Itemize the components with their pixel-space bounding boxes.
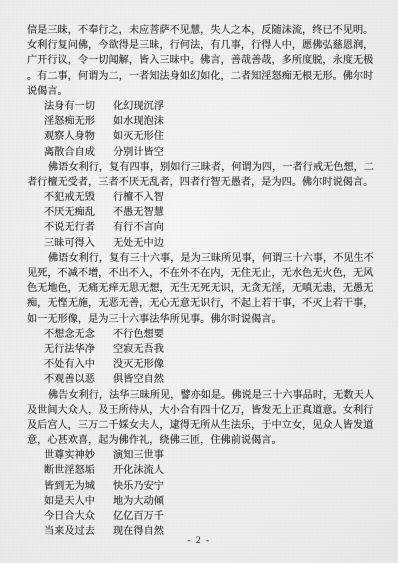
verse-line: 不想念无念不行色想要 bbox=[27, 327, 377, 342]
prose-line: 广开行议，令一切闻解，皆入三昧中。佛言，善哉善哉，多所度脱，永度无极 bbox=[27, 53, 377, 68]
prose-line: 女利行复问佛，今欲得是三昧，行何法，有几事，行得人中，愿佛弘慈恩润， bbox=[27, 38, 377, 53]
verse-hemistich-left: 不观善以恶 bbox=[44, 372, 113, 387]
verse-line: 世尊实神妙演知三世事 bbox=[27, 448, 377, 463]
verse-hemistich-right: 如灭无形住 bbox=[113, 129, 164, 144]
verse-hemistich-right: 不行色想要 bbox=[113, 327, 164, 342]
verse-hemistich-left: 不处有入中 bbox=[44, 357, 113, 372]
verse-hemistich-left: 不想念无念 bbox=[44, 327, 113, 342]
verse-line: 三昧可得入无处无中边 bbox=[27, 236, 377, 251]
prose-line: 如一无形像，是为三十六事法华所见事。佛尔时说偈言。 bbox=[27, 312, 377, 327]
verse-hemistich-right: 分别计皆空 bbox=[113, 145, 164, 160]
prose-line: 见死，不减不增，不出不入，不在外不在内，无住无止，无水色无火色，无风 bbox=[27, 266, 377, 281]
verse-line: 淫怒痴无形如水现泡沫 bbox=[27, 114, 377, 129]
verse-line: 不说无行者有行不言向 bbox=[27, 220, 377, 235]
verse-hemistich-right: 如水现泡沫 bbox=[113, 114, 164, 129]
verse-line: 如是天人中地为大动倾 bbox=[27, 494, 377, 509]
verse-hemistich-right: 亿亿百万千 bbox=[113, 509, 164, 524]
verse-line: 观察人身物如灭无形住 bbox=[27, 129, 377, 144]
verse-hemistich-left: 断世淫怒垢 bbox=[44, 463, 113, 478]
verse-hemistich-right: 无处无中边 bbox=[113, 236, 164, 251]
prose-line: 信是三昧，不奉行之，未应菩萨不见慧，失人之本，反随沫流，终已不见明。 bbox=[27, 23, 377, 38]
verse-line: 不犯戒无毁行檀不入智 bbox=[27, 190, 377, 205]
verse-hemistich-left: 法身有一切 bbox=[44, 99, 113, 114]
prose-line: 及世间大众人，及王所侍从，大小合有四十亿万，皆发无上正真道意。女利行 bbox=[27, 403, 377, 418]
verse-line: 不厌无痴乱不愚无智慧 bbox=[27, 205, 377, 220]
verse-hemistich-left: 观察人身物 bbox=[44, 129, 113, 144]
page-number: - 2 - bbox=[0, 536, 398, 546]
page-text: 信是三昧，不奉行之，未应菩萨不见慧，失人之本，反随沫流，终已不见明。女利行复问佛… bbox=[27, 23, 377, 539]
verse-hemistich-left: 离散合自成 bbox=[44, 145, 113, 160]
prose-line: 佛语女利行，复有三十六事，是为三昧所见事，何谓三十六事，不见生不 bbox=[27, 251, 377, 266]
prose-line: 色无地色，无痛无痒无思无想，无生无死无识，无贪无淫，无嗔无恚，无愚无 bbox=[27, 281, 377, 296]
verse-line: 法身有一切化幻现沉浮 bbox=[27, 99, 377, 114]
verse-hemistich-left: 无行法华净 bbox=[44, 342, 113, 357]
verse-line: 无行法华净空寂无吾我 bbox=[27, 342, 377, 357]
verse-hemistich-left: 今日合大众 bbox=[44, 509, 113, 524]
scanned-sutra-page: 信是三昧，不奉行之，未应菩萨不见慧，失人之本，反随沫流，终已不见明。女利行复问佛… bbox=[0, 0, 398, 563]
verse-hemistich-right: 空寂无吾我 bbox=[113, 342, 164, 357]
verse-hemistich-right: 地为大动倾 bbox=[113, 494, 164, 509]
verse-hemistich-right: 行檀不入智 bbox=[113, 190, 164, 205]
prose-line: 痴，无悭无施，无恶无善，无心无意无识行，不起上若干事，不灭上若干事， bbox=[27, 296, 377, 311]
verse-line: 皆到无为城快乐乃安宁 bbox=[27, 479, 377, 494]
verse-hemistich-right: 有行不言向 bbox=[113, 220, 164, 235]
verse-hemistich-left: 皆到无为城 bbox=[44, 479, 113, 494]
verse-line: 不观善以恶俱皆空自然 bbox=[27, 372, 377, 387]
verse-hemistich-left: 三昧可得入 bbox=[44, 236, 113, 251]
verse-hemistich-left: 不厌无痴乱 bbox=[44, 205, 113, 220]
verse-hemistich-left: 不犯戒无毁 bbox=[44, 190, 113, 205]
verse-hemistich-right: 化幻现沉浮 bbox=[113, 99, 164, 114]
verse-hemistich-right: 开化沫流人 bbox=[113, 463, 164, 478]
prose-line: 佛告女利行，法华三昧所见，譬亦如是。佛说是三十六事品时，无数天人 bbox=[27, 388, 377, 403]
verse-hemistich-right: 快乐乃安宁 bbox=[113, 479, 164, 494]
verse-line: 今日合大众亿亿百万千 bbox=[27, 509, 377, 524]
verse-line: 离散合自成分别计皆空 bbox=[27, 145, 377, 160]
prose-line: 及后宫人，三万二千婇女夫人，逮得无所从生法乐，于中立女，见众人皆发道 bbox=[27, 418, 377, 433]
verse-line: 断世淫怒垢开化沫流人 bbox=[27, 463, 377, 478]
verse-hemistich-left: 淫怒痴无形 bbox=[44, 114, 113, 129]
verse-hemistich-left: 世尊实神妙 bbox=[44, 448, 113, 463]
prose-line: 者行檀无受者，三者不厌无乱者，四者行智无愚者，是为四。佛尔时说偈言。 bbox=[27, 175, 377, 190]
prose-line: 佛语女利行，复有四事，别如行三昧者，何谓为四，一者行戒无色想，二 bbox=[27, 160, 377, 175]
verse-hemistich-left: 不说无行者 bbox=[44, 220, 113, 235]
prose-line: 说偈言。 bbox=[27, 84, 377, 99]
verse-hemistich-right: 没灭无形像 bbox=[113, 357, 164, 372]
verse-hemistich-right: 俱皆空自然 bbox=[113, 372, 164, 387]
verse-hemistich-left: 如是天人中 bbox=[44, 494, 113, 509]
verse-line: 不处有入中没灭无形像 bbox=[27, 357, 377, 372]
verse-hemistich-right: 演知三世事 bbox=[113, 448, 164, 463]
prose-line: 。有二事，何谓为二，一者知法身如幻如化，二者知淫怒痴无根无形。佛尔时 bbox=[27, 69, 377, 84]
verse-hemistich-right: 不愚无智慧 bbox=[113, 205, 164, 220]
prose-line: 意，心甚欢喜，起为佛作礼，绕佛三匝，住佛前说偈言。 bbox=[27, 433, 377, 448]
